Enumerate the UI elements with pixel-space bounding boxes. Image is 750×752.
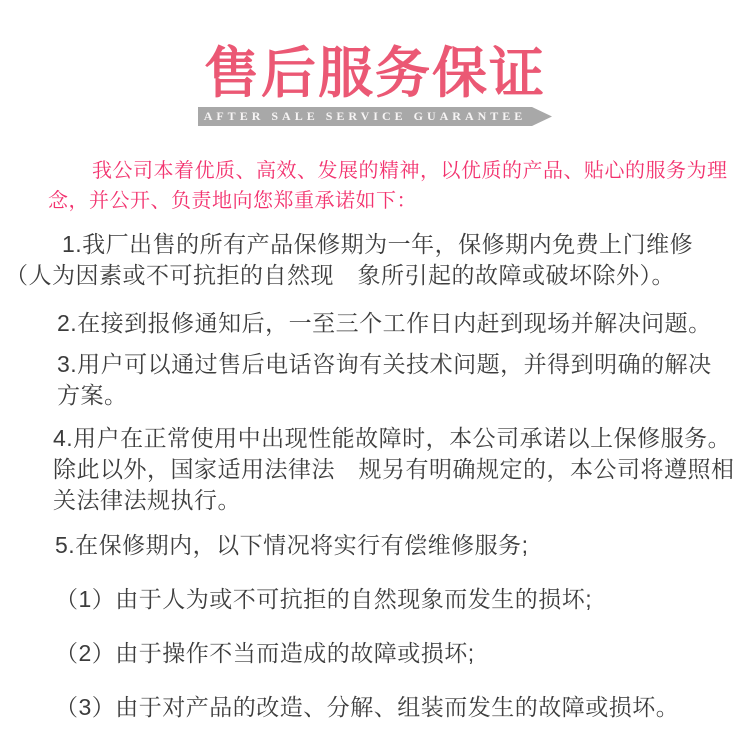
page-subtitle: AFTER SALE SERVICE GUARANTEE — [198, 107, 552, 126]
paid-service-case-2: （2）由于操作不当而造成的故障或损坏; — [55, 638, 750, 669]
paid-service-case-1: （1）由于人为或不可抗拒的自然现象而发生的损坏; — [55, 584, 750, 615]
page-header: 售后服务保证 AFTER SALE SERVICE GUARANTEE — [0, 0, 750, 126]
term-2: 2.在接到报修通知后，一至三个工作日内赶到现场并解决问题。 — [57, 308, 750, 339]
term-3: 3.用户可以通过售后电话咨询有关技术问题，并得到明确的解决方案。 — [57, 349, 722, 411]
page-title: 售后服务保证 — [0, 42, 750, 104]
intro-paragraph: 我公司本着优质、高效、发展的精神，以优质的产品、贴心的服务为理念，并公开、负责地… — [48, 156, 742, 216]
after-sale-service-page: 售后服务保证 AFTER SALE SERVICE GUARANTEE 我公司本… — [0, 0, 750, 752]
term-5: 5.在保修期内，以下情况将实行有偿维修服务; — [55, 530, 750, 561]
paid-service-case-3: （3）由于对产品的改造、分解、组装而发生的故障或损坏。 — [55, 692, 750, 723]
arrow-banner: AFTER SALE SERVICE GUARANTEE — [198, 107, 552, 126]
term-4: 4.用户在正常使用中出现性能故障时，本公司承诺以上保修服务。除此以外，国家适用法… — [53, 423, 748, 516]
term-1: 1.我厂出售的所有产品保修期为一年，保修期内免费上门维修（人为因素或不可抗拒的自… — [5, 229, 720, 291]
